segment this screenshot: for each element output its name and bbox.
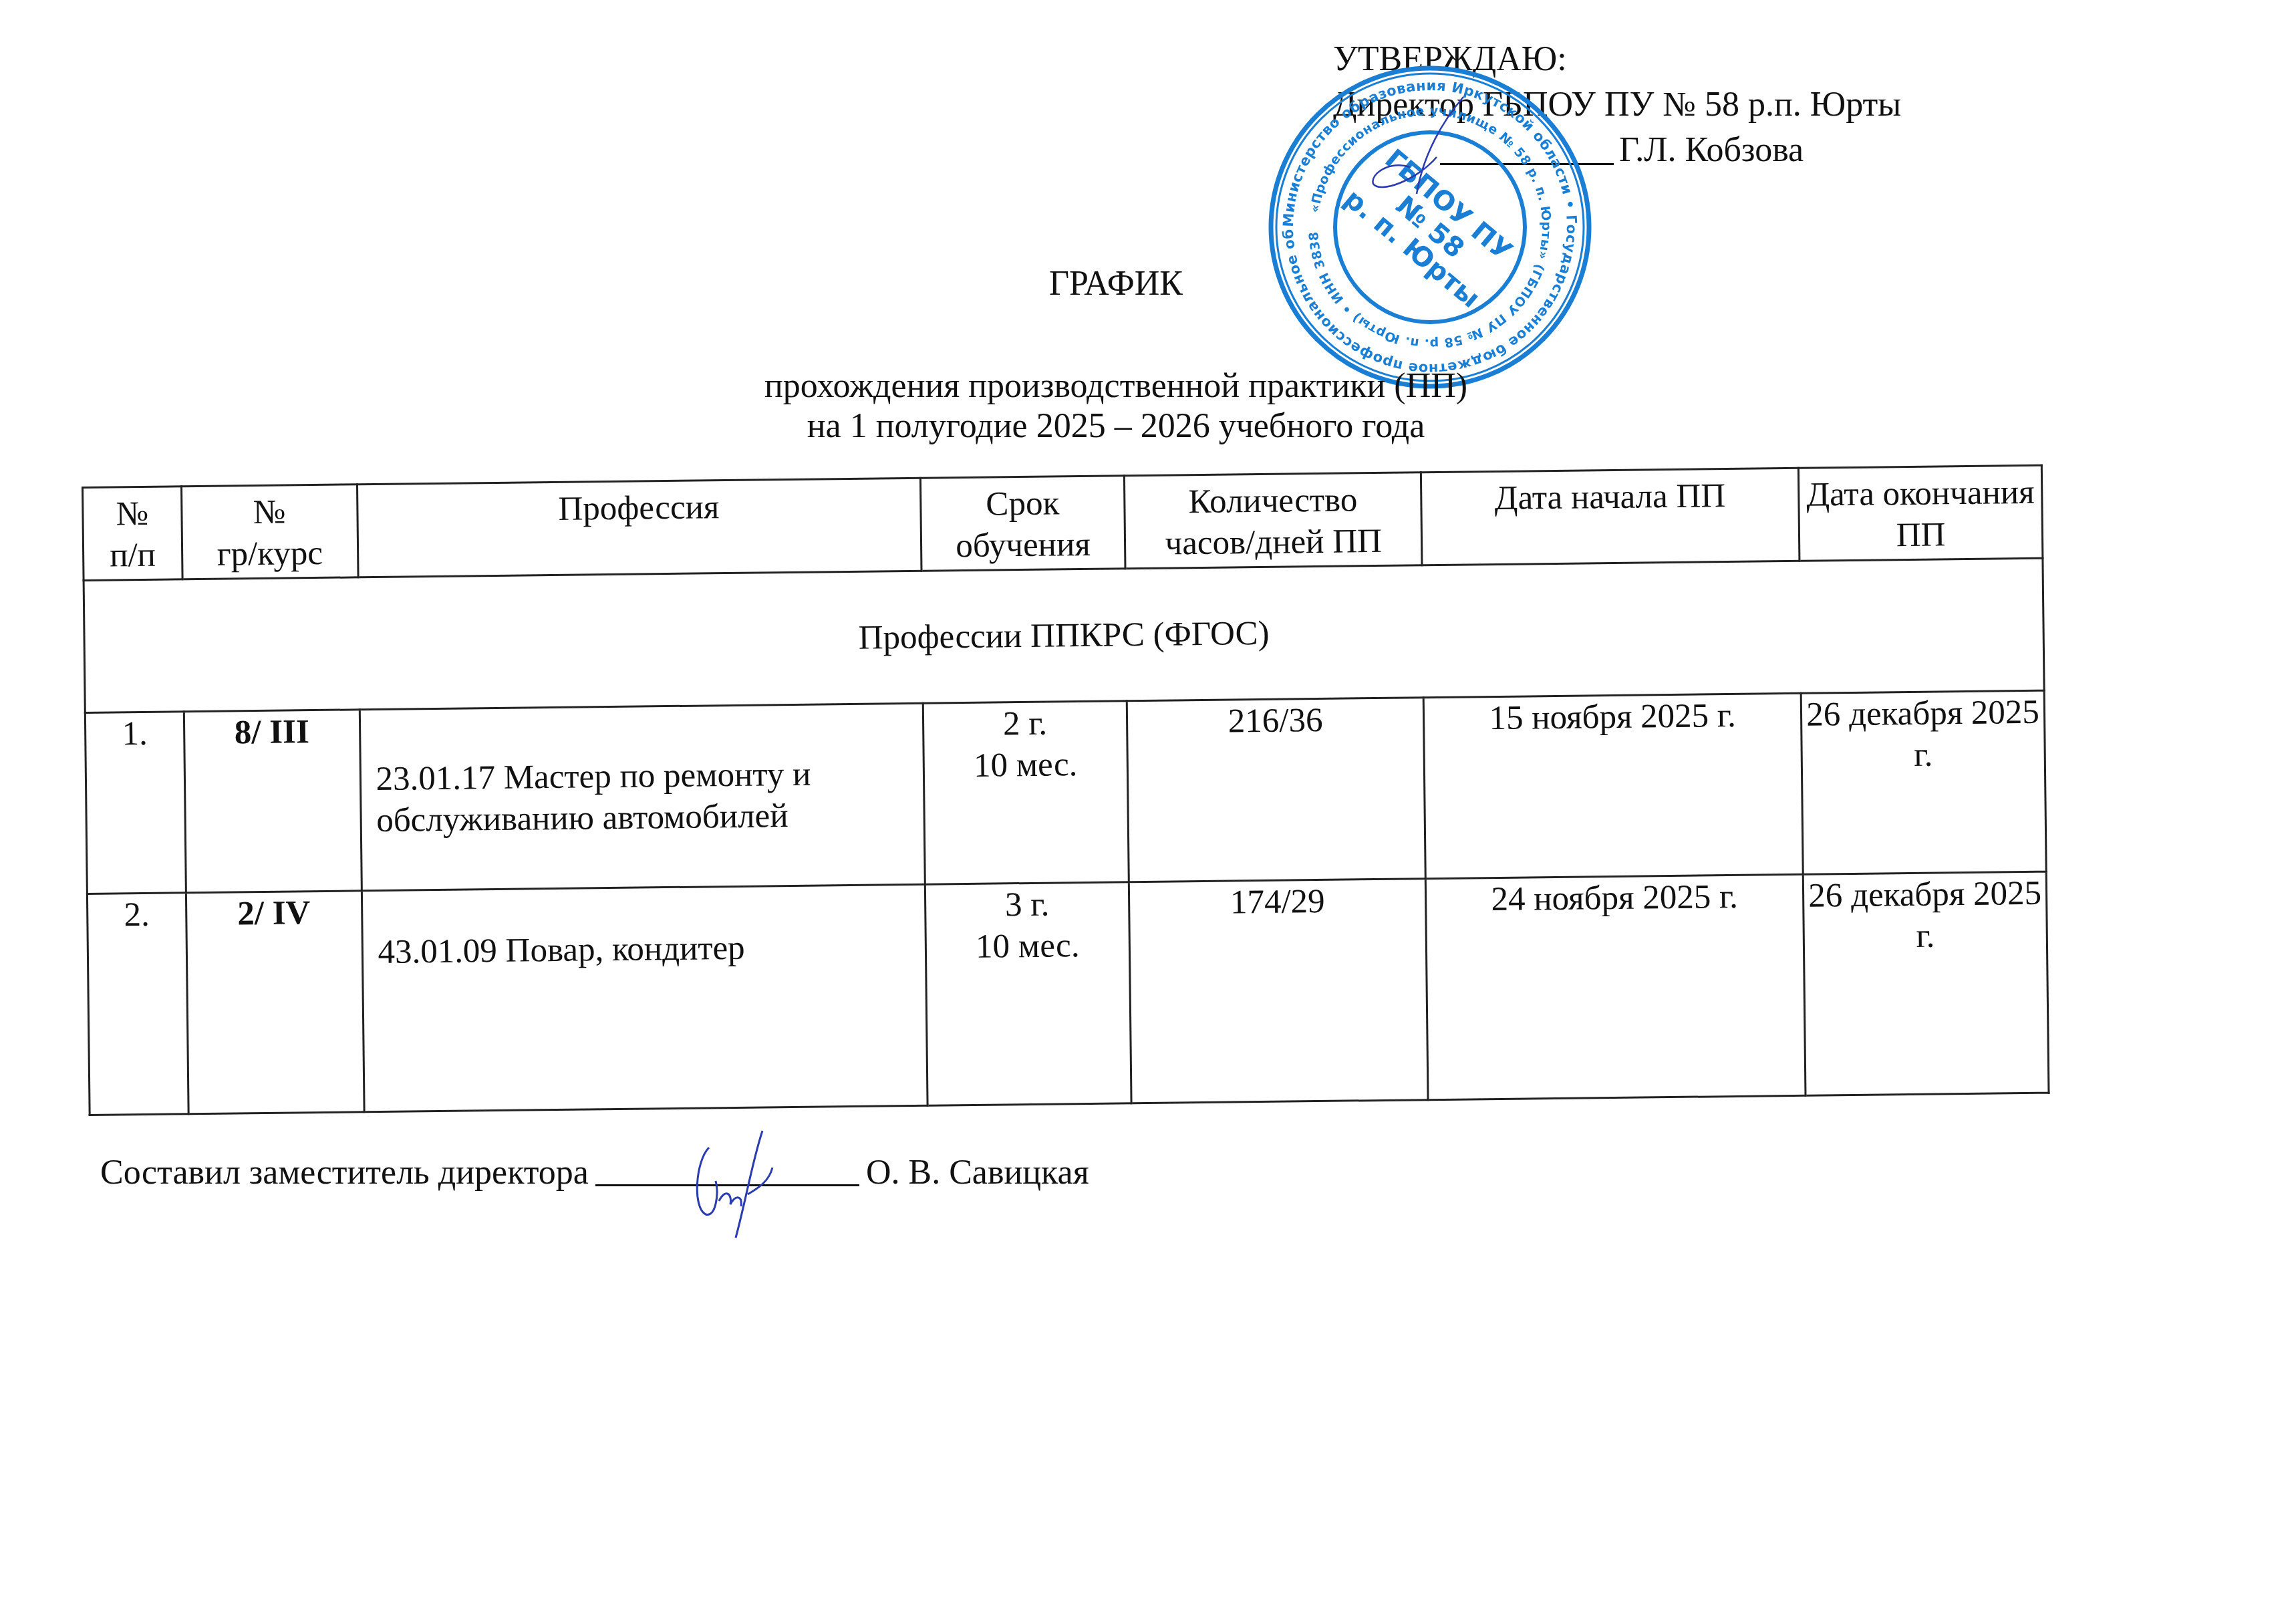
subtitle-line-1: прохождения производственной практики (П… xyxy=(0,366,2232,406)
approval-name: Г.Л. Кобзова xyxy=(1619,131,1804,169)
table-row: 2. 2/ IV 43.01.09 Повар, кондитер 3 г.10… xyxy=(87,871,2049,1115)
compiled-by-name: О. В. Савицкая xyxy=(866,1154,1089,1192)
cell-group: 8/ III xyxy=(184,710,362,893)
cell-num: 1. xyxy=(85,712,186,894)
header-term: Срокобучения xyxy=(920,476,1125,571)
cell-profession: 43.01.09 Повар, кондитер xyxy=(362,884,927,1112)
header-num: №п/п xyxy=(83,487,182,581)
practice-schedule-table: №п/п №гр/курс Профессия Срокобучения Кол… xyxy=(82,464,2049,1116)
director-signature-icon xyxy=(1363,94,1524,200)
subtitle-line-2: на 1 полугодие 2025 – 2026 учебного года xyxy=(0,406,2232,446)
header-profession: Профессия xyxy=(357,478,921,577)
header-end-date: Дата окончания ПП xyxy=(1799,465,2043,561)
cell-group: 2/ IV xyxy=(186,891,364,1114)
deputy-signature-icon xyxy=(669,1121,796,1248)
cell-num: 2. xyxy=(87,893,188,1115)
header-hours: Количествочасов/дней ПП xyxy=(1125,473,1422,569)
header-group: №гр/курс xyxy=(181,485,357,579)
table-row: 1. 8/ III 23.01.17 Мастер по ремонту иоб… xyxy=(85,690,2046,894)
section-row: Профессии ППКРС (ФГОС) xyxy=(84,558,2044,712)
cell-term: 2 г.10 мес. xyxy=(923,701,1129,884)
header-start-date: Дата начала ПП xyxy=(1421,468,1800,565)
cell-start-date: 24 ноября 2025 г. xyxy=(1425,874,1806,1099)
compiled-by-line: Составил заместитель директора О. В. Сав… xyxy=(100,1153,1089,1192)
signature-line xyxy=(595,1184,859,1186)
compiled-by-label: Составил заместитель директора xyxy=(100,1154,589,1192)
cell-profession: 23.01.17 Мастер по ремонту иобслуживанию… xyxy=(360,703,925,891)
document-title: ГРАФИК xyxy=(0,264,2232,303)
cell-end-date: 26 декабря 2025 г. xyxy=(1801,690,2046,874)
cell-end-date: 26 декабря 2025 г. xyxy=(1803,871,2049,1095)
document-subtitle: прохождения производственной практики (П… xyxy=(0,366,2232,446)
cell-start-date: 15 ноября 2025 г. xyxy=(1423,693,1803,878)
section-label: Профессии ППКРС (ФГОС) xyxy=(84,558,2044,712)
cell-hours: 216/36 xyxy=(1127,698,1426,882)
cell-term: 3 г.10 мес. xyxy=(925,882,1132,1105)
cell-hours: 174/29 xyxy=(1129,879,1428,1103)
